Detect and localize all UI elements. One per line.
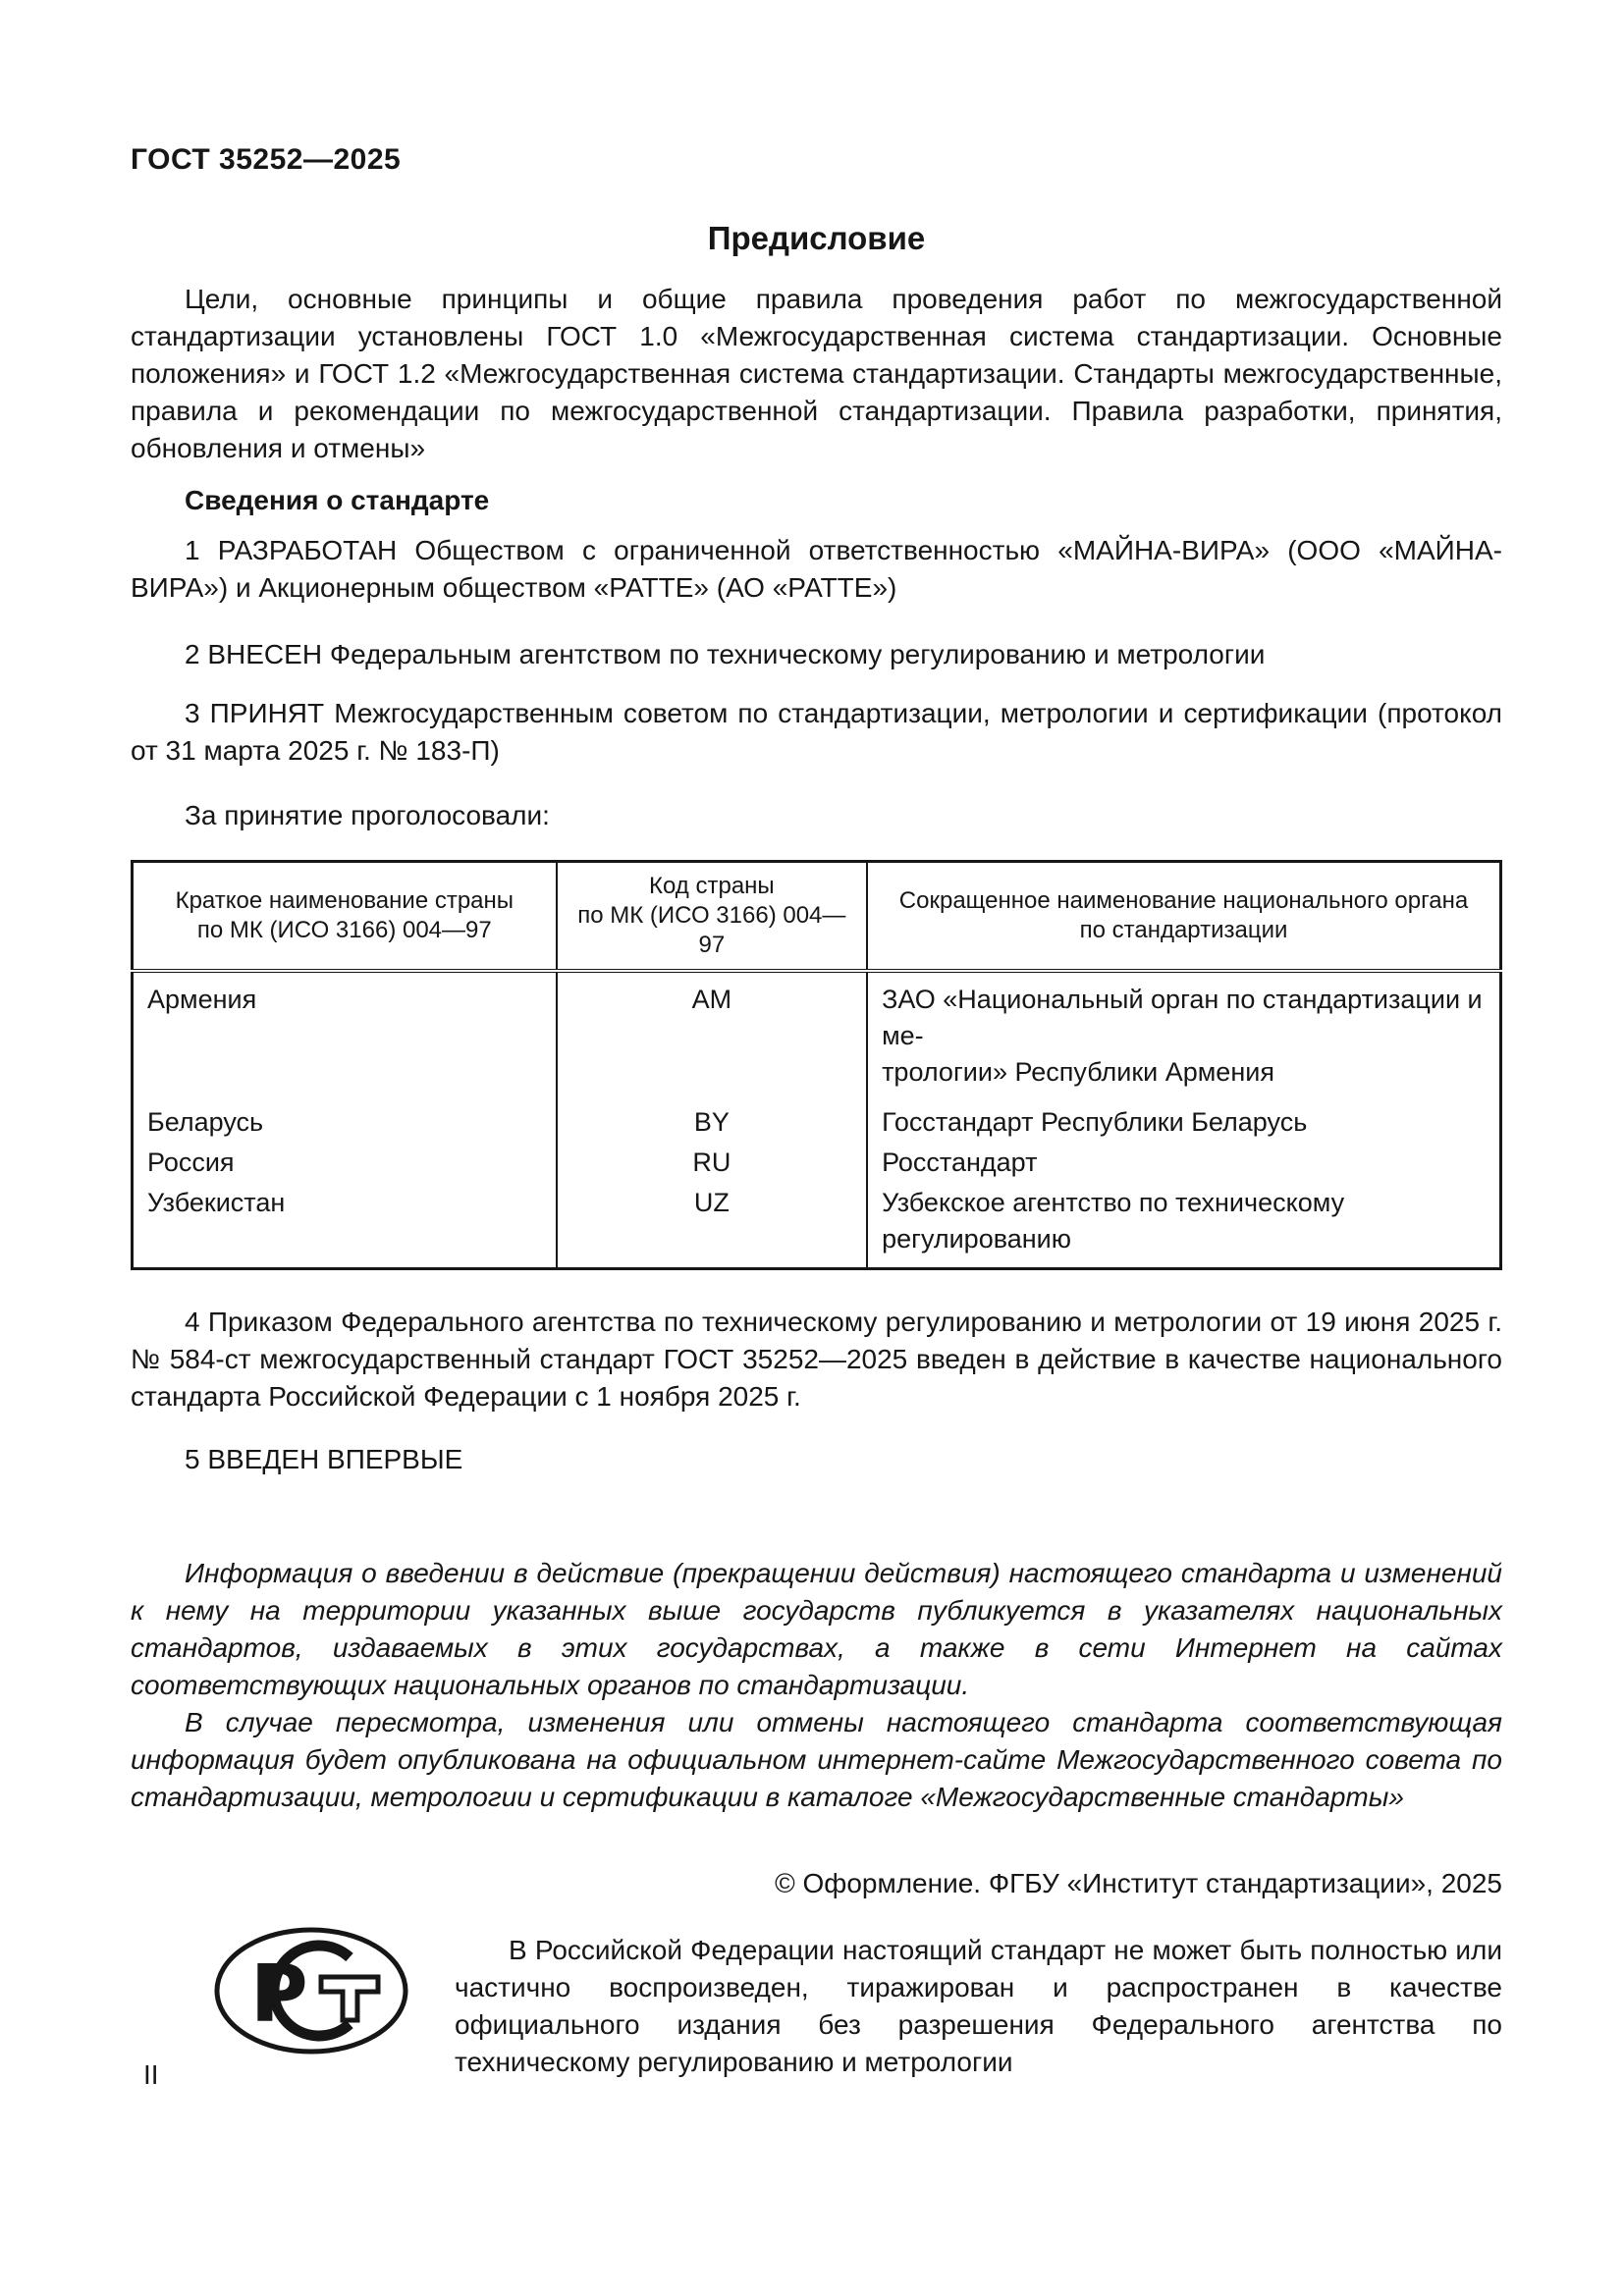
table-row: Беларусь BY Госстандарт Республики Белар…	[133, 1102, 1501, 1143]
cell-country: Россия	[133, 1143, 557, 1183]
page-title: Предисловие	[131, 220, 1502, 257]
restriction-paragraph: В Российской Федерации настоящий стандар…	[455, 1924, 1502, 2081]
cell-country: Беларусь	[133, 1102, 557, 1143]
copyright-line: © Оформление. ФГБУ «Институт стандартиза…	[775, 1868, 1502, 1899]
cell-org: Росстандарт	[867, 1143, 1500, 1183]
info-block: Информация о введении в действие (прекра…	[131, 1555, 1502, 1816]
document-page: ГОСТ 35252—2025 Предисловие Цели, основн…	[0, 0, 1624, 2296]
info-paragraph-1: Информация о введении в действие (прекра…	[131, 1555, 1502, 1704]
standard-info-item-2: 2 ВНЕСЕН Федеральным агентством по техни…	[131, 636, 1502, 673]
cell-code: RU	[557, 1143, 867, 1183]
doc-code: ГОСТ 35252—2025	[131, 0, 1502, 177]
footer-block: Р В Российской Федерации настоящий станд…	[131, 1924, 1502, 2081]
voting-lead: За принятие проголосовали:	[131, 797, 1502, 834]
cell-code: UZ	[557, 1183, 867, 1269]
standard-info-item-5: 5 ВВЕДЕН ВПЕРВЫЕ	[131, 1441, 1502, 1478]
standard-info-item-4: 4 Приказом Федерального агентства по тех…	[131, 1304, 1502, 1415]
rst-logo-icon: Р	[211, 1924, 411, 2057]
voting-table: Краткое наименование страны по МК (ИСО 3…	[131, 860, 1502, 1270]
rosstandart-logo: Р	[131, 1924, 455, 2057]
info-paragraph-2: В случае пересмотра, изменения или отмен…	[131, 1704, 1502, 1816]
cell-country: Узбекистан	[133, 1183, 557, 1269]
table-row: Армения AM ЗАО «Национальный орган по ст…	[133, 971, 1501, 1102]
intro-paragraph: Цели, основные принципы и общие правила …	[131, 281, 1502, 467]
col-header-org: Сокращенное наименование национального о…	[867, 862, 1500, 972]
standard-info-title: Сведения о стандарте	[131, 485, 1502, 516]
cell-code: BY	[557, 1102, 867, 1143]
standard-info-item-3: 3 ПРИНЯТ Межгосударственным советом по с…	[131, 695, 1502, 770]
svg-text:Р: Р	[250, 1949, 308, 2040]
page-number: II	[143, 2059, 159, 2091]
cell-org: ЗАО «Национальный орган по стандартизаци…	[867, 971, 1500, 1102]
page-content: ГОСТ 35252—2025 Предисловие Цели, основн…	[131, 0, 1502, 1816]
cell-org: Узбекское агентство по техническому регу…	[867, 1183, 1500, 1269]
standard-info-item-1: 1 РАЗРАБОТАН Обществом с ограниченной от…	[131, 532, 1502, 607]
cell-country: Армения	[133, 971, 557, 1102]
table-row: Россия RU Росстандарт	[133, 1143, 1501, 1183]
col-header-code: Код страны по МК (ИСО 3166) 004—97	[557, 862, 867, 972]
cell-code: AM	[557, 971, 867, 1102]
table-row: Узбекистан UZ Узбекское агентство по тех…	[133, 1183, 1501, 1269]
table-header-row: Краткое наименование страны по МК (ИСО 3…	[133, 862, 1501, 972]
col-header-country: Краткое наименование страны по МК (ИСО 3…	[133, 862, 557, 972]
cell-org: Госстандарт Республики Беларусь	[867, 1102, 1500, 1143]
